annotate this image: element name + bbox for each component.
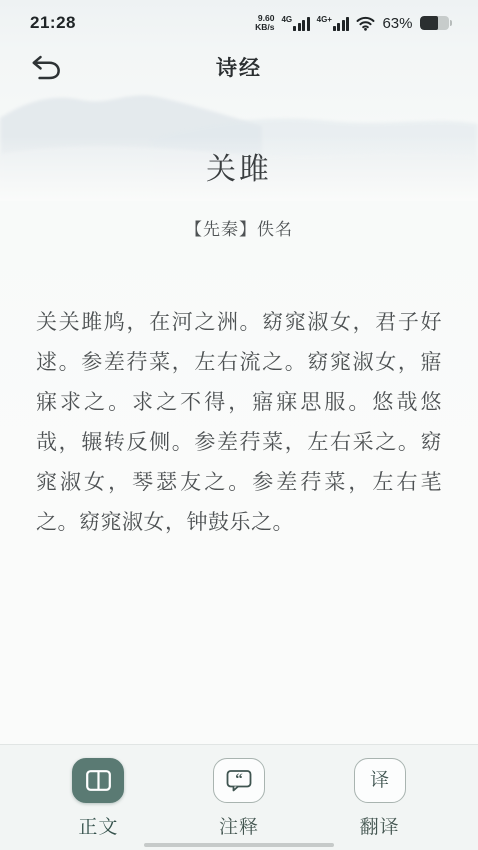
tab-label: 注释 <box>219 812 259 839</box>
battery-fill <box>420 16 438 30</box>
poem-content: 关雎 【先秦】佚名 关关雎鸠，在河之洲。窈窕淑女，君子好逑。参差荇菜，左右流之。… <box>0 0 478 850</box>
tab-annotations[interactable]: “ 注释 <box>184 758 294 839</box>
quote-bubble-icon: “ <box>213 758 265 803</box>
header: 诗经 <box>0 40 478 92</box>
sim1-signal: 4G <box>281 15 309 31</box>
signal-bars-icon <box>293 17 310 31</box>
home-indicator[interactable] <box>144 843 334 847</box>
poem-title: 关雎 <box>0 144 478 188</box>
open-book-icon <box>72 758 124 803</box>
tab-main-text[interactable]: 正文 <box>43 758 153 839</box>
battery-icon <box>420 16 453 30</box>
wifi-icon <box>356 16 375 31</box>
tab-label: 翻译 <box>360 812 400 839</box>
poetry-app-screen: 21:28 9.60 KB/s 4G 4G+ <box>0 0 478 850</box>
page-title: 诗经 <box>0 52 478 82</box>
network-speed-indicator: 9.60 KB/s <box>255 14 274 33</box>
status-indicators: 9.60 KB/s 4G 4G+ 63% <box>255 14 452 33</box>
tab-label: 正文 <box>78 812 118 839</box>
sim1-network-label: 4G <box>281 15 292 24</box>
clock: 21:28 <box>30 13 76 33</box>
sim2-network-label: 4G+ <box>317 15 332 24</box>
poem-body-text: 关关雎鸠，在河之洲。窈窕淑女，君子好逑。参差荇菜，左右流之。窈窕淑女，寤寐求之。… <box>36 302 442 542</box>
translate-icon: 译 <box>354 758 406 803</box>
translate-char: 译 <box>370 771 389 790</box>
bottom-tab-bar: 正文 “ 注释 译 翻译 <box>0 744 478 850</box>
sim2-signal: 4G+ <box>317 15 350 31</box>
signal-bars-icon <box>333 17 350 31</box>
tab-translation[interactable]: 译 翻译 <box>325 758 435 839</box>
poem-author: 【先秦】佚名 <box>0 215 478 240</box>
network-speed-unit: KB/s <box>255 23 274 32</box>
battery-percent: 63% <box>382 15 412 32</box>
status-bar: 21:28 9.60 KB/s 4G 4G+ <box>0 0 478 40</box>
quote-glyph: “ <box>235 771 243 787</box>
